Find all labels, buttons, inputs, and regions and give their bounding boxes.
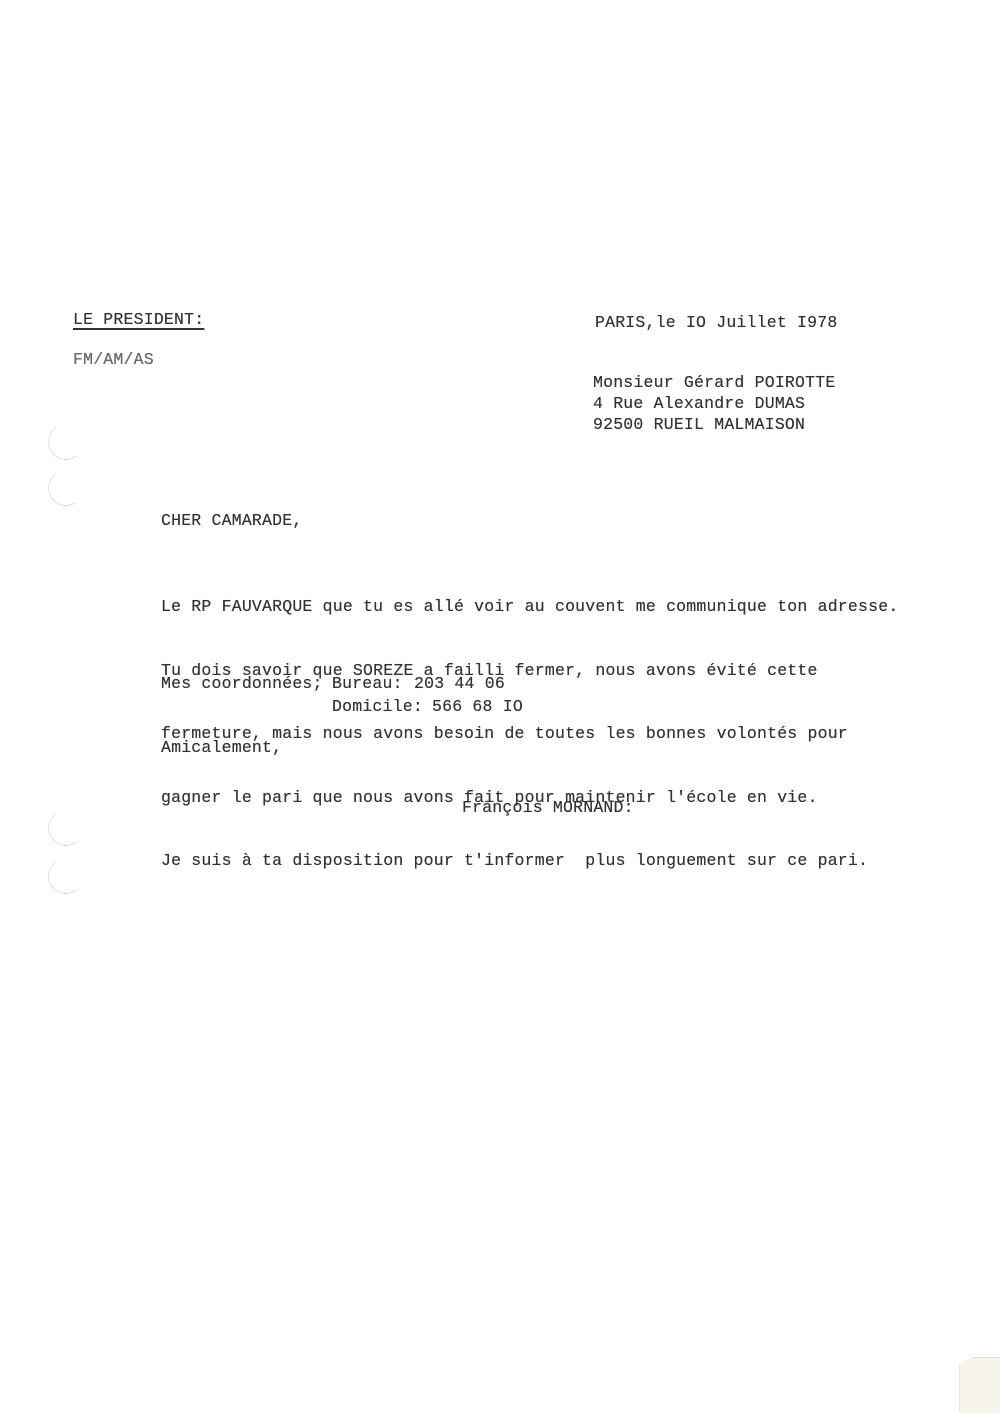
body-line: Je suis à ta disposition pour t'informer… (161, 850, 898, 872)
punch-hole (45, 807, 87, 849)
letter-body: Le RP FAUVARQUE que tu es allé voir au c… (161, 554, 898, 914)
punch-hole (45, 421, 87, 463)
place-date: PARIS,le IO Juillet I978 (595, 312, 837, 333)
punch-hole (45, 467, 87, 509)
closing: Amicalement, (161, 737, 282, 758)
office-number: 203 44 06 (414, 673, 505, 694)
recipient-street: 4 Rue Alexandre DUMAS (593, 393, 805, 414)
office-label: Bureau: (332, 673, 403, 694)
signature: François MORNAND: (462, 797, 634, 818)
sender-title: LE PRESIDENT: (73, 309, 204, 330)
reference-code: FM/AM/AS (73, 349, 154, 370)
folded-corner (959, 1357, 1000, 1413)
home-label: Domicile: (332, 696, 423, 717)
punch-hole (45, 855, 87, 897)
salutation: CHER CAMARADE, (161, 510, 302, 531)
recipient-city: 92500 RUEIL MALMAISON (593, 414, 805, 435)
body-line: Le RP FAUVARQUE que tu es allé voir au c… (161, 596, 898, 618)
recipient-name: Monsieur Gérard POIROTTE (593, 372, 835, 393)
home-number: 566 68 IO (432, 696, 523, 717)
letter-page: LE PRESIDENT: FM/AM/AS PARIS,le IO Juill… (0, 0, 1000, 1413)
contact-label: Mes coordonnées; (161, 673, 323, 694)
